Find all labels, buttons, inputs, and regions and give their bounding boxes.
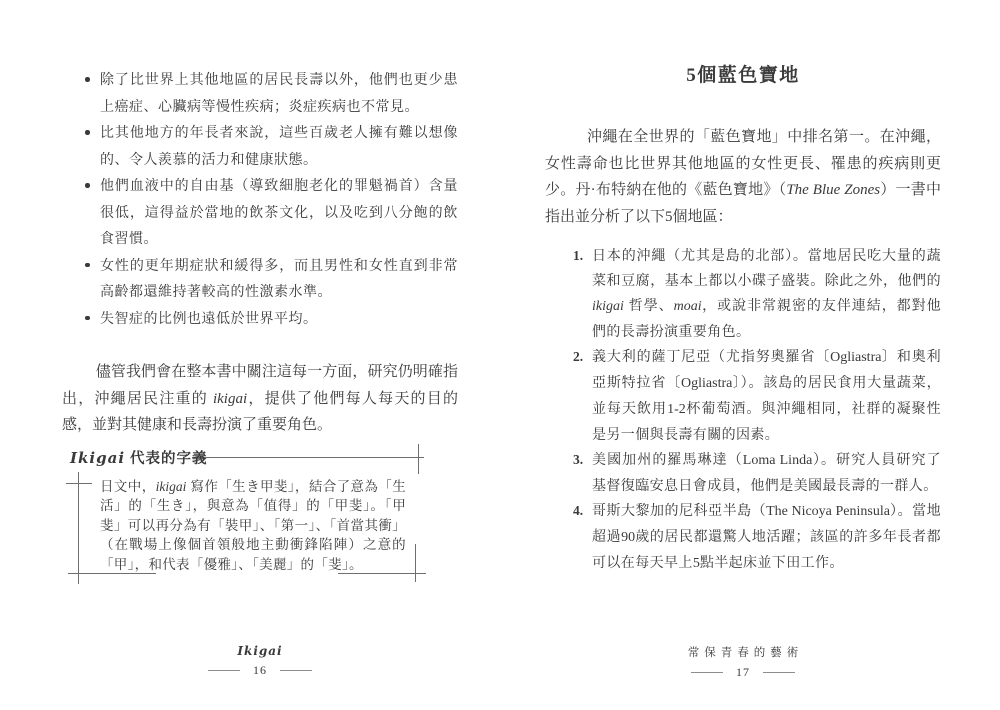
bullet-item: 失智症的比例也遠低於世界平均。 — [62, 305, 458, 332]
running-title-left: Ikigai — [62, 644, 458, 658]
box-title: Ikigai代表的字義 — [70, 447, 426, 467]
footer-dash-icon — [280, 670, 312, 671]
footer-dash-icon — [691, 672, 723, 673]
box-corner-tick-top-left — [66, 483, 92, 484]
list-item-number: 1. — [573, 243, 583, 268]
list-item-text: 日本的沖繩（尤其是島的北部）。當地居民吃大量的蔬菜和豆腐，基本上都以小碟子盛裝。… — [592, 247, 941, 339]
book-spread: 除了比世界上其他地區的居民長壽以外，他們也更少患上癌症、心臟病等慢性疾病；炎症疾… — [0, 0, 1000, 710]
list-item-text: 哥斯大黎加的尼科亞半島（The Nicoya Peninsula）。當地超過90… — [592, 502, 941, 570]
footer-dash-icon — [208, 670, 240, 671]
bullet-list: 除了比世界上其他地區的居民長壽以外，他們也更少患上癌症、心臟病等慢性疾病；炎症疾… — [62, 66, 458, 331]
page-number-row-right: 17 — [545, 665, 941, 680]
list-item-number: 4. — [573, 498, 583, 523]
bullet-item: 他們血液中的自由基（導致細胞老化的罪魁禍首）含量很低，這得益於當地的飲茶文化，以… — [62, 172, 458, 252]
list-item-text: 義大利的薩丁尼亞（尤指努奧羅省〔Ogliastra〕和奧利亞斯特拉省〔Oglia… — [592, 348, 941, 442]
page-number-row-left: 16 — [62, 663, 458, 678]
box-bottom-rule-right — [338, 573, 426, 574]
box-corner-tick-bottom-right — [415, 544, 416, 582]
section-heading: 5個藍色寶地 — [545, 64, 941, 88]
blue-zone-list-item: 3. 美國加州的羅馬琳達（Loma Linda）。研究人員研究了基督復臨安息日會… — [545, 447, 941, 498]
list-item-number: 2. — [573, 344, 583, 369]
box-bottom-rule-left — [68, 573, 156, 574]
list-item-number: 3. — [573, 447, 583, 472]
blue-zone-list-item: 1. 日本的沖繩（尤其是島的北部）。當地居民吃大量的蔬菜和豆腐，基本上都以小碟子… — [545, 243, 941, 344]
bullet-item: 女性的更年期症狀和緩得多，而且男性和女性直到非常高齡都還維持著較高的性激素水準。 — [62, 252, 458, 305]
blue-zones-list: 1. 日本的沖繩（尤其是島的北部）。當地居民吃大量的蔬菜和豆腐，基本上都以小碟子… — [545, 243, 941, 576]
footer-dash-icon — [763, 672, 795, 673]
blue-zone-list-item: 4. 哥斯大黎加的尼科亞半島（The Nicoya Peninsula）。當地超… — [545, 498, 941, 576]
box-body: 日文中，ikigai 寫作「生き甲斐」，結合了意為「生活」的「生き」，與意為「值… — [100, 477, 406, 575]
bullet-item: 除了比世界上其他地區的居民長壽以外，他們也更少患上癌症、心臟病等慢性疾病；炎症疾… — [62, 66, 458, 119]
footer-left: Ikigai 16 — [62, 644, 458, 678]
page-left: 除了比世界上其他地區的居民長壽以外，他們也更少患上癌症、心臟病等慢性疾病；炎症疾… — [62, 0, 458, 710]
right-paragraph: 沖繩在全世界的「藍色寶地」中排名第一。在沖繩，女性壽命也比世界其他地區的女性更長… — [545, 124, 941, 230]
left-paragraph: 儘管我們會在整本書中關注這每一方面，研究仍明確指出，沖繩居民注重的 ikigai… — [62, 359, 458, 439]
box-title-script: Ikigai — [70, 449, 125, 467]
box-title-text: 代表的字義 — [130, 451, 208, 467]
bullet-item: 比其他地方的年長者來說，這些百歲老人擁有難以想像的、令人羨慕的活力和健康狀態。 — [62, 119, 458, 172]
box-left-rule — [78, 472, 79, 585]
page-number-right: 17 — [736, 665, 750, 680]
page-number-left: 16 — [253, 663, 267, 678]
ikigai-definition-box: Ikigai代表的字義 日文中，ikigai 寫作「生き甲斐」，結合了意為「生活… — [70, 447, 426, 575]
footer-right: 常保青春的藝術 17 — [545, 644, 941, 680]
running-title-right: 常保青春的藝術 — [545, 644, 941, 660]
blue-zone-list-item: 2. 義大利的薩丁尼亞（尤指努奧羅省〔Ogliastra〕和奧利亞斯特拉省〔Og… — [545, 344, 941, 447]
page-right: 5個藍色寶地 沖繩在全世界的「藍色寶地」中排名第一。在沖繩，女性壽命也比世界其他… — [545, 0, 941, 710]
list-item-text: 美國加州的羅馬琳達（Loma Linda）。研究人員研究了基督復臨安息日會成員，… — [592, 451, 941, 493]
